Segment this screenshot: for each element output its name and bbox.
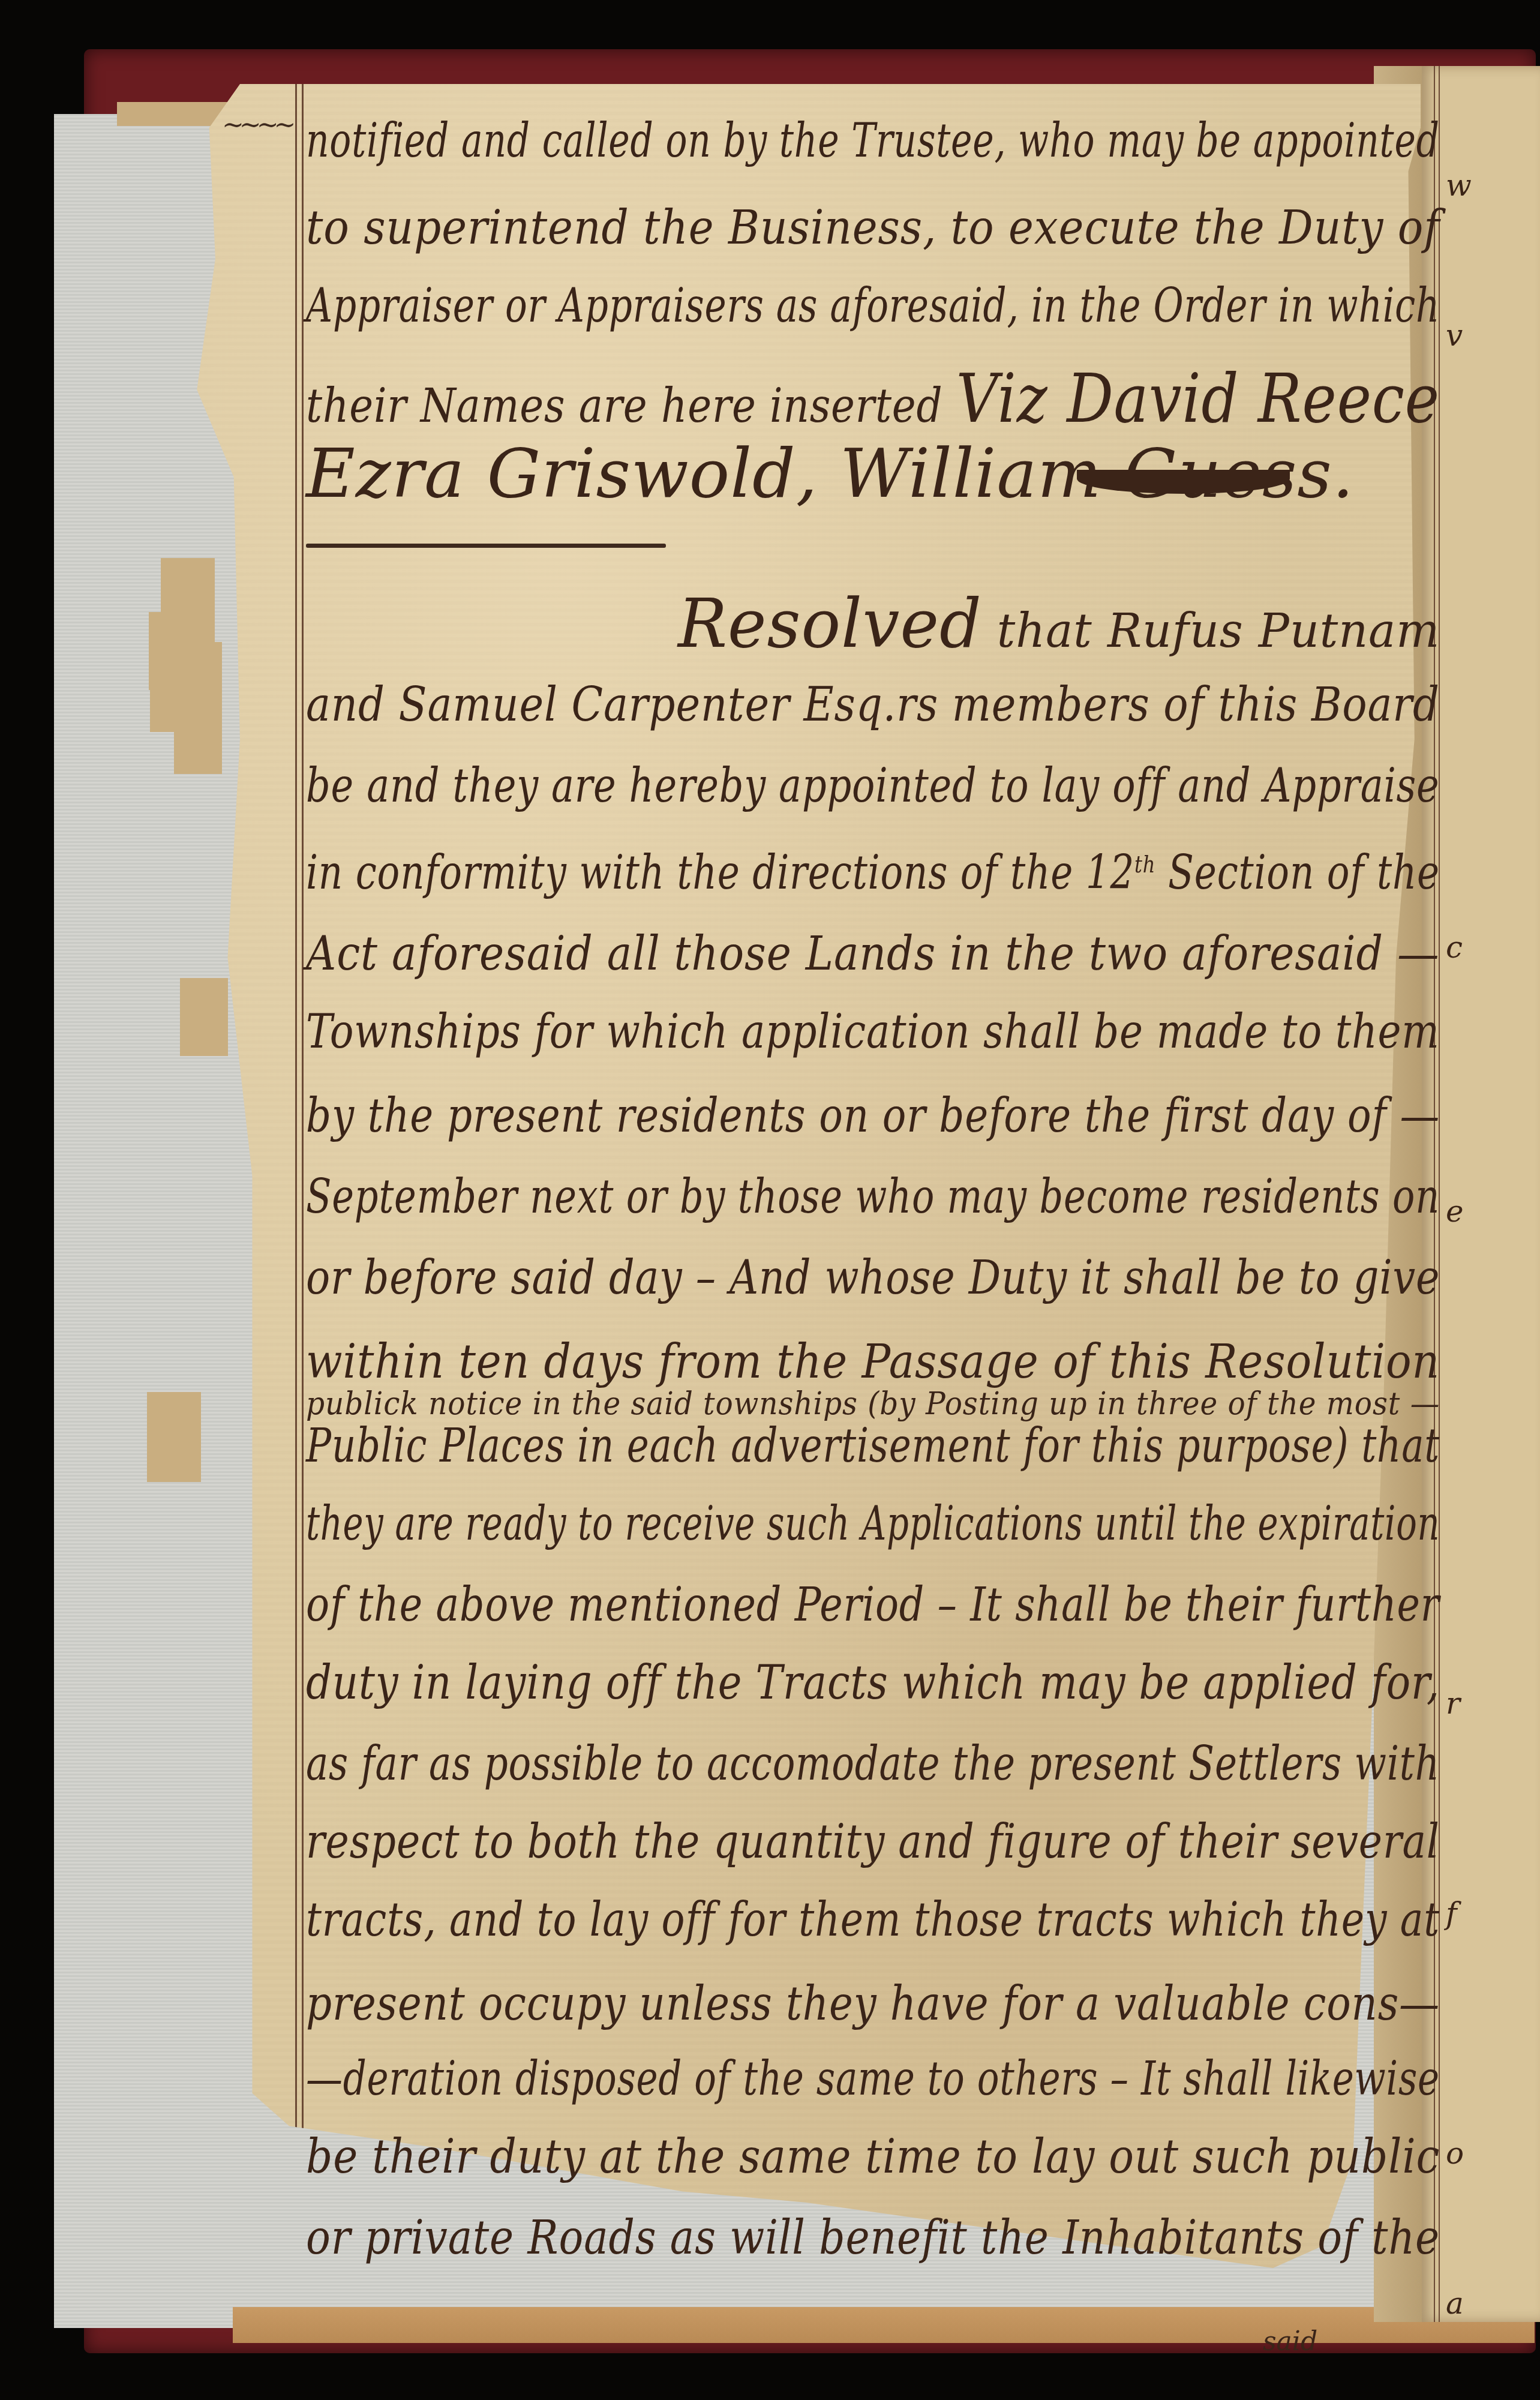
text-span: that Rufus Putnam [997, 604, 1440, 658]
text-line: duty in laying off the Tracts which may … [306, 1656, 1440, 1710]
margin-rule [302, 84, 304, 2268]
ordinal-suffix: th [1134, 851, 1155, 878]
text-line: as far as possible to accomodate the pre… [306, 1737, 1440, 1791]
text-line: respect to both the quantity and figure … [306, 1815, 1440, 1869]
text-line: of the above mentioned Period – It shall… [306, 1578, 1440, 1632]
catchword: said [1263, 2326, 1317, 2357]
facing-page-fragment: c [1446, 930, 1463, 965]
text-line: by the present residents on or before th… [306, 1089, 1440, 1143]
torn-fragment [147, 1392, 201, 1482]
text-line: tracts, and to lay off for them those tr… [306, 1893, 1440, 1947]
text-line: Act aforesaid all those Lands in the two… [306, 927, 1440, 981]
facing-page-fragment: e [1446, 1194, 1464, 1229]
facing-page-fragment: o [1446, 2136, 1464, 2171]
text-span: in conformity with the directions of the… [306, 846, 1134, 900]
margin-mark: ~~~~ [222, 110, 291, 140]
text-line: they are ready to receive such Applicati… [306, 1497, 1440, 1551]
names-intro: Viz David Reece [956, 360, 1440, 438]
torn-fragment [174, 720, 222, 774]
text-line: Appraiser or Appraisers as aforesaid, in… [306, 279, 1440, 333]
text-line: present occupy unless they have for a va… [306, 1977, 1440, 2031]
torn-fragment [180, 978, 228, 1056]
text-line: or before said day – And whose Duty it s… [306, 1251, 1440, 1305]
text-line: to superintend the Business, to execute … [306, 201, 1440, 255]
margin-rule [295, 84, 297, 2268]
text-line: Public Places in each advertisement for … [306, 1419, 1440, 1473]
facing-page-fragment: a [1446, 2286, 1464, 2321]
inserted-text-line: publick notice in the said townships (by… [306, 1386, 1440, 1422]
facing-page-fragment: f [1446, 1896, 1457, 1931]
text-line: be their duty at the same time to lay ou… [306, 2130, 1440, 2184]
text-line: Townships for which application shall be… [306, 1005, 1440, 1059]
text-line: —deration disposed of the same to others… [306, 2052, 1440, 2106]
text-span: Section of the [1168, 846, 1440, 900]
facing-page-fragment: r [1446, 1686, 1460, 1721]
text-line: their Names are here inserted Viz David … [306, 360, 1440, 438]
text-line: or private Roads as will benefit the Inh… [306, 2211, 1440, 2265]
text-line: within ten days from the Passage of this… [306, 1335, 1440, 1389]
facing-page-fragment: w [1446, 168, 1472, 203]
resolved-heading: Resolved [678, 585, 982, 663]
cover-bottom-edge [233, 2307, 1535, 2343]
section-divider [306, 544, 666, 548]
text-line: notified and called on by the Trustee, w… [306, 114, 1440, 168]
text-line: be and they are hereby appointed to lay … [306, 759, 1440, 813]
text-line: September next or by those who may becom… [306, 1170, 1440, 1224]
text-span: their Names are here inserted [306, 379, 943, 433]
torn-fragment [150, 642, 222, 732]
text-line: and Samuel Carpenter Esq.rs members of t… [306, 678, 1440, 732]
facing-page-fragment: v [1446, 318, 1463, 353]
resolution-heading-line: Resolved that Rufus Putnam [678, 585, 1440, 663]
text-line: in conformity with the directions of the… [306, 846, 1440, 900]
